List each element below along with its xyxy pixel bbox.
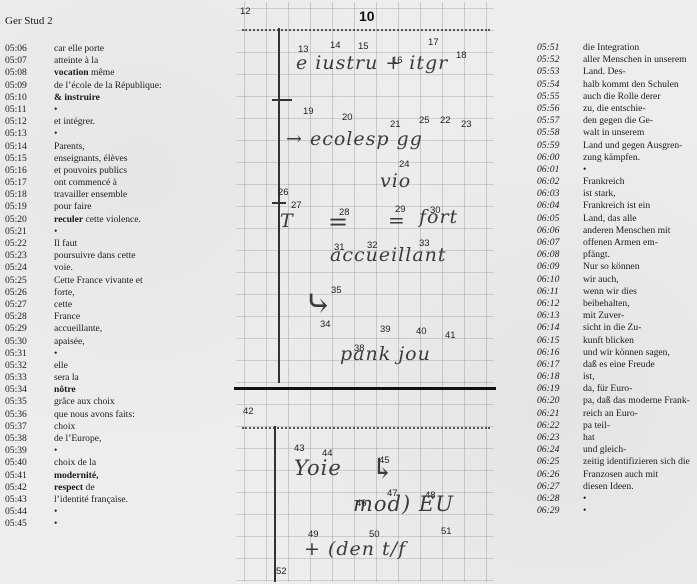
transcript-text: •: [54, 128, 57, 140]
timestamp: 06:02: [537, 176, 583, 188]
timestamp: 05:12: [5, 116, 54, 128]
timestamp: 06:03: [537, 188, 583, 200]
transcript-line: 05:56zu, die entschie-: [537, 103, 690, 115]
segment-marker-number: 19: [303, 106, 314, 117]
transcript-text: & instruire: [54, 92, 100, 104]
timestamp: 05:43: [5, 494, 54, 506]
timestamp: 06:07: [537, 237, 583, 249]
transcript-line: 06:13mit Zuver-: [537, 310, 690, 322]
bottom-left-margin-line: [274, 426, 276, 582]
transcript-text: diesen Ideen.: [583, 481, 634, 493]
transcript-line: 06:03ist stark,: [537, 188, 690, 200]
transcript-text: mit Zuver-: [583, 310, 624, 322]
transcript-line: 05:35grâce aux choix: [5, 396, 162, 408]
transcript-line: 05:24voie.: [5, 262, 162, 274]
transcript-line: 05:57den gegen die Ge-: [537, 115, 690, 127]
transcript-text: choix: [54, 421, 75, 433]
timestamp: 06:11: [537, 286, 583, 298]
transcript-line: 05:54halb kommt den Schulen: [537, 79, 690, 91]
timestamp: 06:24: [537, 444, 583, 456]
transcript-text: Frankreich ist ein: [583, 200, 650, 212]
timestamp: 05:58: [537, 127, 583, 139]
transcript-line: 06:01•: [537, 164, 690, 176]
timestamp: 05:14: [5, 141, 54, 153]
segment-marker-number: 14: [330, 40, 341, 51]
timestamp: 05:35: [5, 396, 54, 408]
transcript-text: Parents,: [54, 141, 85, 153]
emphasized-word: vocation: [54, 67, 89, 78]
transcript-text: zung kämpfen.: [583, 152, 640, 164]
timestamp: 06:18: [537, 371, 583, 383]
transcript-text: walt in unserem: [583, 127, 644, 139]
timestamp: 06:13: [537, 310, 583, 322]
timestamp: 05:15: [5, 153, 54, 165]
transcript-line: 05:45•: [5, 518, 162, 530]
timestamp: 06:28: [537, 493, 583, 505]
transcript-line: 06:15kunft blicken: [537, 335, 690, 347]
timestamp: 06:17: [537, 359, 583, 371]
timestamp: 06:00: [537, 152, 583, 164]
transcript-text: •: [54, 348, 57, 360]
transcript-text: pour faire: [54, 201, 92, 213]
segment-marker-number: 41: [445, 330, 456, 341]
segment-marker-number: 15: [358, 41, 369, 52]
transcript-line: 06:06anderen Menschen mit: [537, 225, 690, 237]
timestamp: 06:01: [537, 164, 583, 176]
segment-marker-number: 23: [461, 119, 472, 130]
segment-marker-number: 39: [380, 324, 391, 335]
segment-marker-number: 20: [342, 112, 353, 123]
transcript-line: 05:19pour faire: [5, 201, 162, 213]
timestamp: 05:33: [5, 372, 54, 384]
transcript-line: 05:44•: [5, 506, 162, 518]
transcript-line: 05:52aller Menschen in unserem: [537, 54, 690, 66]
transcript-line: 05:12et intégrer.: [5, 116, 162, 128]
transcript-line: 05:09de l’école de la République:: [5, 80, 162, 92]
transcript-text: sera la: [54, 372, 79, 384]
timestamp: 06:23: [537, 432, 583, 444]
transcript-line: 06:14sicht in die Zu-: [537, 322, 690, 334]
transcript-line: 06:08pfängt.: [537, 249, 690, 261]
timestamp: 06:27: [537, 481, 583, 493]
note-choix: Yoie: [294, 456, 342, 480]
segment-marker-number: 42: [243, 406, 254, 417]
note-instruire-integrer: e iustru + itgr: [296, 52, 448, 74]
timestamp: 05:28: [5, 311, 54, 323]
transcript-line: 05:17ont commencé à: [5, 177, 162, 189]
segment-marker-number: 24: [399, 159, 410, 170]
timestamp: 06:09: [537, 261, 583, 273]
transcript-text: forte,: [54, 287, 75, 299]
transcript-text: ist,: [583, 371, 594, 383]
transcript-line: 05:27cette: [5, 299, 162, 311]
transcript-text: und gleich-: [583, 444, 626, 456]
transcript-text: poursuivre dans cette: [54, 250, 136, 262]
transcript-line: 05:28France: [5, 311, 162, 323]
segment-marker-number: 12: [240, 6, 251, 17]
transcript-line: 05:43l’identité française.: [5, 494, 162, 506]
transcript-text: kunft blicken: [583, 335, 634, 347]
transcript-text: cette: [54, 299, 72, 311]
transcript-line: 06:24und gleich-: [537, 444, 690, 456]
transcript-text: apaisée,: [54, 336, 85, 348]
timestamp: 05:56: [537, 103, 583, 115]
timestamp: 05:54: [537, 79, 583, 91]
timestamp: 06:21: [537, 408, 583, 420]
timestamp: 05:39: [5, 445, 54, 457]
transcript-line: 05:34nôtre: [5, 384, 162, 396]
timestamp: 05:21: [5, 226, 54, 238]
timestamp: 05:11: [5, 104, 54, 116]
transcript-text: •: [54, 226, 57, 238]
document-title: Ger Stud 2: [5, 15, 53, 27]
transcript-line: 06:02Frankreich: [537, 176, 690, 188]
timestamp: 05:37: [5, 421, 54, 433]
transcript-line: 05:20reculer cette violence.: [5, 214, 162, 226]
transcript-line: 06:20pa, daß das moderne Frank-: [537, 395, 690, 407]
timestamp: 05:34: [5, 384, 54, 396]
transcript-text: car elle porte: [54, 43, 104, 55]
timestamp: 05:51: [537, 42, 583, 54]
timestamp: 06:06: [537, 225, 583, 237]
bottom-margin-line: [242, 427, 490, 429]
transcript-line: 05:16et pouvoirs publics: [5, 165, 162, 177]
transcript-line: 06:23hat: [537, 432, 690, 444]
transcript-text: wir auch,: [583, 274, 619, 286]
transcript-text: reculer cette violence.: [54, 214, 141, 226]
transcript-line: 05:21•: [5, 226, 162, 238]
transcript-line: 06:28•: [537, 493, 690, 505]
transcript-text: ist stark,: [583, 188, 616, 200]
transcript-line: 06:18ist,: [537, 371, 690, 383]
note-T: T: [280, 210, 294, 232]
segment-marker-number: 17: [428, 37, 439, 48]
transcript-line: 05:40choix de la: [5, 457, 162, 469]
timestamp: 06:12: [537, 298, 583, 310]
timestamp: 06:05: [537, 213, 583, 225]
timestamp: 05:53: [537, 66, 583, 78]
left-margin-line: [278, 28, 280, 383]
transcript-line: 06:16und wir können sagen,: [537, 347, 690, 359]
transcript-text: Land und gegen Ausgren-: [583, 140, 682, 152]
transcript-line: 06:10wir auch,: [537, 274, 690, 286]
transcript-line: 05:41modernité,: [5, 470, 162, 482]
transcript-text: •: [583, 164, 586, 176]
transcript-line: 06:26Franzosen auch mit: [537, 469, 690, 481]
timestamp: 06:29: [537, 505, 583, 517]
transcript-line: 05:07atteinte à la: [5, 55, 162, 67]
transcript-text: •: [54, 104, 57, 116]
timestamp: 06:16: [537, 347, 583, 359]
transcript-text: Land, das alle: [583, 213, 637, 225]
transcript-line: 05:13•: [5, 128, 162, 140]
transcript-line: 06:12beibehalten,: [537, 298, 690, 310]
timestamp: 05:08: [5, 67, 54, 79]
transcript-text: modernité,: [54, 470, 99, 482]
transcript-text: Cette France vivante et: [54, 275, 143, 287]
transcript-text: und wir können sagen,: [583, 347, 670, 359]
transcript-line: 06:19da, für Euro-: [537, 383, 690, 395]
timestamp: 05:32: [5, 360, 54, 372]
german-transcript: 05:51die Integration05:52aller Menschen …: [537, 42, 690, 517]
transcript-line: 05:14Parents,: [5, 141, 162, 153]
transcript-text: pfängt.: [583, 249, 610, 261]
transcript-line: 05:10& instruire: [5, 92, 162, 104]
text-rest: cette violence.: [83, 214, 141, 225]
transcript-line: 05:37choix: [5, 421, 162, 433]
transcript-line: 05:26forte,: [5, 287, 162, 299]
timestamp: 05:40: [5, 457, 54, 469]
transcript-line: 05:39•: [5, 445, 162, 457]
transcript-text: enseignants, élèves: [54, 153, 128, 165]
timestamp: 05:59: [537, 140, 583, 152]
timestamp: 06:10: [537, 274, 583, 286]
timestamp: 06:08: [537, 249, 583, 261]
transcript-text: zu, die entschie-: [583, 103, 646, 115]
note-ecole-republique: → ecolesp gg: [286, 128, 423, 150]
segment-marker-number: 22: [440, 115, 451, 126]
transcript-text: halb kommt den Schulen: [583, 79, 679, 91]
timestamp: 06:22: [537, 420, 583, 432]
transcript-text: daß es eine Freude: [583, 359, 655, 371]
transcript-line: 06:25zeitig identifizieren sich die: [537, 456, 690, 468]
segment-marker-number: 51: [441, 526, 452, 537]
note-modernite-eu: mod) EU: [353, 492, 454, 516]
transcript-line: 05:30apaisée,: [5, 336, 162, 348]
timestamp: 05:27: [5, 299, 54, 311]
timestamp: 05:41: [5, 470, 54, 482]
timestamp: 05:07: [5, 55, 54, 67]
transcript-line: 06:09Nur so können: [537, 261, 690, 273]
emphasized-word: reculer: [54, 214, 83, 225]
transcript-text: •: [54, 518, 57, 530]
transcript-line: 05:06car elle porte: [5, 43, 162, 55]
transcript-text: sicht in die Zu-: [583, 322, 641, 334]
timestamp: 05:23: [5, 250, 54, 262]
transcript-line: 05:23poursuivre dans cette: [5, 250, 162, 262]
timestamp: 05:44: [5, 506, 54, 518]
transcript-text: zeitig identifizieren sich die: [583, 456, 690, 468]
transcript-line: 05:25Cette France vivante et: [5, 275, 162, 287]
timestamp: 05:19: [5, 201, 54, 213]
timestamp: 05:24: [5, 262, 54, 274]
transcript-text: travailler ensemble: [54, 189, 127, 201]
timestamp: 05:06: [5, 43, 54, 55]
transcript-text: Franzosen auch mit: [583, 469, 658, 481]
timestamp: 05:29: [5, 323, 54, 335]
transcript-text: atteinte à la: [54, 55, 98, 67]
transcript-text: l’identité française.: [54, 494, 128, 506]
transcript-text: Il faut: [54, 238, 77, 250]
timestamp: 05:25: [5, 275, 54, 287]
timestamp: 05:26: [5, 287, 54, 299]
transcript-line: 05:58walt in unserem: [537, 127, 690, 139]
transcript-text: respect de: [54, 482, 95, 494]
transcript-line: 05:53Land. Des-: [537, 66, 690, 78]
transcript-line: 05:15enseignants, élèves: [5, 153, 162, 165]
timestamp: 05:55: [537, 91, 583, 103]
timestamp: 06:04: [537, 200, 583, 212]
transcript-text: que nous avons faits:: [54, 409, 135, 421]
transcript-text: et intégrer.: [54, 116, 95, 128]
transcript-text: Frankreich: [583, 176, 625, 188]
transcript-text: da, für Euro-: [583, 383, 632, 395]
transcript-line: 05:38de l’Europe,: [5, 433, 162, 445]
timestamp: 05:57: [537, 115, 583, 127]
margin-tick: [272, 99, 292, 101]
text-rest: de: [83, 482, 94, 493]
transcript-text: •: [54, 506, 57, 518]
timestamp: 05:16: [5, 165, 54, 177]
transcript-text: •: [583, 493, 586, 505]
transcript-text: hat: [583, 432, 595, 444]
transcript-text: •: [583, 505, 586, 517]
timestamp: 05:31: [5, 348, 54, 360]
timestamp: 06:14: [537, 322, 583, 334]
note-arrow-2: ↳: [371, 452, 395, 485]
transcript-text: ont commencé à: [54, 177, 117, 189]
transcript-text: Land. Des-: [583, 66, 626, 78]
transcript-line: 06:22pa teil-: [537, 420, 690, 432]
timestamp: 05:38: [5, 433, 54, 445]
transcript-line: 05:11•: [5, 104, 162, 116]
transcript-line: 06:17daß es eine Freude: [537, 359, 690, 371]
transcript-text: grâce aux choix: [54, 396, 115, 408]
transcript-text: wenn wir dies: [583, 286, 637, 298]
transcript-line: 06:11wenn wir dies: [537, 286, 690, 298]
transcript-line: 05:33sera la: [5, 372, 162, 384]
transcript-text: voie.: [54, 262, 73, 274]
timestamp: 05:17: [5, 177, 54, 189]
segment-marker-number: 52: [276, 566, 287, 577]
transcript-line: 06:21reich an Euro-: [537, 408, 690, 420]
transcript-text: nôtre: [54, 384, 76, 396]
timestamp: 06:15: [537, 335, 583, 347]
timestamp: 05:52: [537, 54, 583, 66]
transcript-text: die Integration: [583, 42, 639, 54]
note-la-notre: pank jou: [340, 343, 431, 365]
transcript-line: 06:29•: [537, 505, 690, 517]
transcript-text: elle: [54, 360, 68, 372]
emphasized-word: respect: [54, 482, 83, 493]
transcript-line: 05:36que nous avons faits:: [5, 409, 162, 421]
transcript-text: pa, daß das moderne Frank-: [583, 395, 690, 407]
transcript-text: choix de la: [54, 457, 96, 469]
note-accueillant: accueillant: [330, 244, 447, 266]
transcript-line: 06:07offenen Armen em-: [537, 237, 690, 249]
transcript-text: anderen Menschen mit: [583, 225, 670, 237]
transcript-text: pa teil-: [583, 420, 610, 432]
transcript-text: den gegen die Ge-: [583, 115, 653, 127]
transcript-text: beibehalten,: [583, 298, 630, 310]
timestamp: 05:30: [5, 336, 54, 348]
timestamp: 05:09: [5, 80, 54, 92]
timestamp: 05:22: [5, 238, 54, 250]
transcript-text: Nur so können: [583, 261, 640, 273]
timestamp: 05:36: [5, 409, 54, 421]
transcript-line: 05:18travailler ensemble: [5, 189, 162, 201]
transcript-line: 05:59Land und gegen Ausgren-: [537, 140, 690, 152]
transcript-line: 05:31•: [5, 348, 162, 360]
timestamp: 06:20: [537, 395, 583, 407]
transcript-line: 05:51die Integration: [537, 42, 690, 54]
segment-marker-number: 40: [416, 326, 427, 337]
page-separator: [234, 387, 496, 390]
transcript-text: de l’école de la République:: [54, 80, 162, 92]
transcript-text: auch die Rolle derer: [583, 91, 661, 103]
transcript-text: reich an Euro-: [583, 408, 638, 420]
transcript-text: aller Menschen in unserem: [583, 54, 687, 66]
transcript-line: 05:55auch die Rolle derer: [537, 91, 690, 103]
note-equals-2: =: [388, 208, 406, 232]
transcript-line: 05:29accueillante,: [5, 323, 162, 335]
transcript-line: 05:08vocation même: [5, 67, 162, 79]
note-identite: + (den t/f: [304, 538, 406, 560]
note-fort: fort: [419, 206, 458, 228]
transcript-line: 05:22Il faut: [5, 238, 162, 250]
transcript-line: 05:42respect de: [5, 482, 162, 494]
timestamp: 05:18: [5, 189, 54, 201]
timestamp: 05:45: [5, 518, 54, 530]
segment-marker-number: 43: [294, 443, 305, 454]
timestamp: 06:26: [537, 469, 583, 481]
transcript-line: 06:27diesen Ideen.: [537, 481, 690, 493]
margin-tick: [272, 202, 286, 204]
segment-marker-number: 18: [456, 50, 467, 61]
segment-marker-number: 25: [419, 115, 430, 126]
timestamp: 05:20: [5, 214, 54, 226]
transcript-text: accueillante,: [54, 323, 102, 335]
note-equals-1: =: [328, 208, 349, 236]
transcript-text: de l’Europe,: [54, 433, 101, 445]
timestamp: 06:19: [537, 383, 583, 395]
french-transcript: 05:06car elle porte05:07atteinte à la05:…: [5, 43, 162, 531]
transcript-text: et pouvoirs publics: [54, 165, 127, 177]
transcript-line: 05:32elle: [5, 360, 162, 372]
transcript-line: 06:00zung kämpfen.: [537, 152, 690, 164]
transcript-line: 06:04Frankreich ist ein: [537, 200, 690, 212]
timestamp: 05:13: [5, 128, 54, 140]
notepad-page-number: 10: [359, 8, 375, 24]
transcript-text: •: [54, 445, 57, 457]
transcript-text: vocation même: [54, 67, 115, 79]
timestamp: 05:10: [5, 92, 54, 104]
interpreter-notepad: 10 1213141516171819202125222324262728293…: [236, 2, 494, 582]
segment-marker-number: 26: [278, 187, 289, 198]
transcript-text: offenen Armen em-: [583, 237, 658, 249]
timestamp: 05:42: [5, 482, 54, 494]
note-violence: vio: [380, 170, 411, 192]
text-rest: même: [89, 67, 115, 78]
note-arrow: ⤷: [304, 284, 334, 324]
timestamp: 06:25: [537, 456, 583, 468]
transcript-text: France: [54, 311, 80, 323]
transcript-line: 06:05Land, das alle: [537, 213, 690, 225]
